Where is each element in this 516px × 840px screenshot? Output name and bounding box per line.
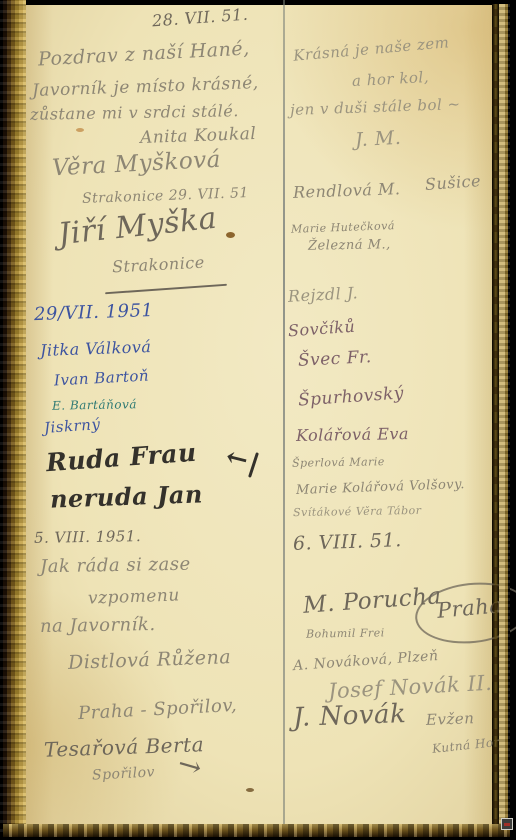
binding-crease [492,4,499,826]
logo-mark [501,818,513,830]
paper-stain [76,128,84,132]
note-line-3: na Javorník. [40,616,156,636]
guestbook-scan: 28. VII. 51. Pozdrav z naší Hané, Javorn… [0,0,516,840]
place-sporilov: Spořilov [92,765,156,782]
signature-neruda-jan: neruda Jan [50,482,204,511]
note-line-1: Jak ráda si zase [40,556,191,577]
poem-line-3: zůstane mi v srdci stálé. [30,103,239,123]
book-spine [0,0,26,834]
signature-bohumil-frei: Bohumil Frei [306,627,385,639]
signature-sovciku: Sovčíků [288,319,356,340]
logo-red-bar [504,823,510,826]
place-susice: Sušice [425,173,482,193]
entry-date-5-viii-1951: 5. VIII. 1951. [34,529,141,546]
paper-stain [226,232,235,238]
signature-anita-koukal: Anita Koukal [140,126,257,147]
signature-jitka-valkova: Jitka Válková [40,339,152,359]
paper-stain [246,788,254,792]
signature-svec-fr: Švec Fr. [298,349,372,370]
entry-date-6-viii-51: 6. VIII. 51. [293,531,402,554]
signature-evzen: Evžen [426,711,475,728]
page-right-edge [499,4,510,826]
signature-svitakove-tabor: Svítákové Věra Tábor [293,505,422,518]
signature-jiskrny: Jiskrný [44,417,101,436]
signature-rendlova-m: Rendlová M. [293,181,401,201]
signature-marie-huteckova: Marie Hutečková [291,220,395,235]
entry-date-29-vii-1951: 29/VII. 1951 [34,302,154,324]
page-bottom-edge [3,824,510,837]
signature-rejzdl-j: Rejzdl J. [288,285,359,305]
note-line-2: vzpomenu [88,587,180,607]
signature-sperlova-marie: Šperlová Marie [292,456,385,469]
signature-e-bartanova: E. Bartáňová [52,398,137,411]
initials-j-m: J. M. [355,129,402,150]
column-divider-rule [283,0,285,828]
verse-line-2: a hor kol, [352,70,430,89]
place-zelezna: Železná M., [308,238,391,252]
place-strakonice: Strakonice [112,255,205,276]
signature-j-novak: J. Novák [293,701,407,731]
signature-kolarova-eva: Kolářová Eva [296,426,409,444]
